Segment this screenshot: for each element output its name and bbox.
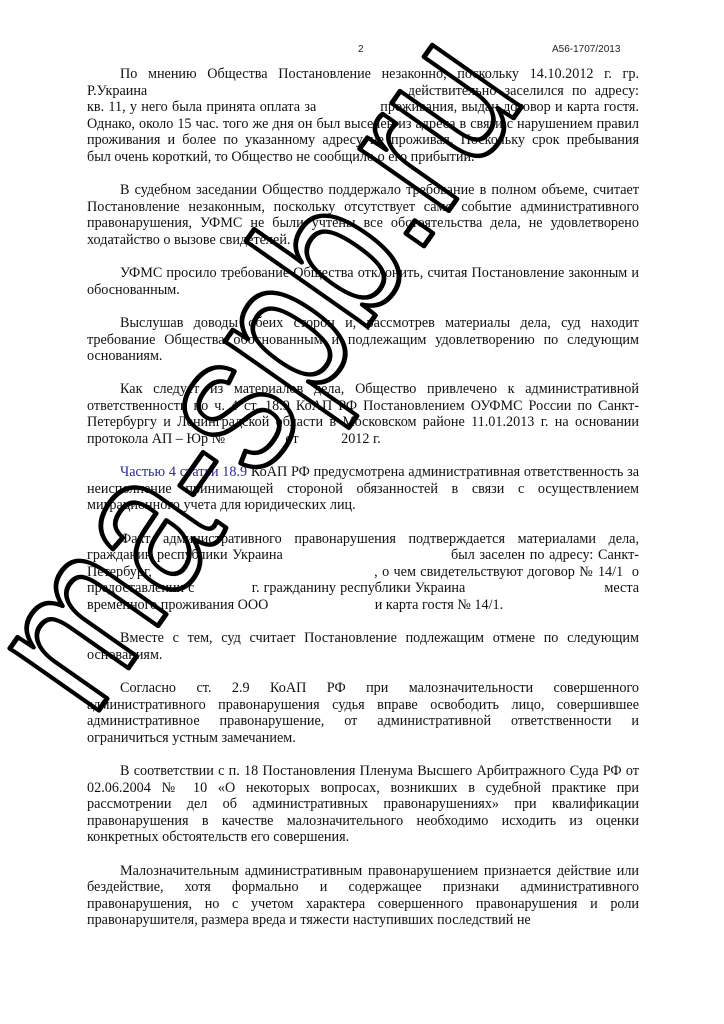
document-body: По мнению Общества Постановление незакон… [87,66,639,945]
paragraph-court-hearing: В судебном заседании Общество поддержало… [87,182,639,248]
paragraph-legal-basis: Частью 4 статьи 18.9 КоАП РФ предусмотре… [87,464,639,514]
paragraph-article-2-9: Согласно ст. 2.9 КоАП РФ при малозначите… [87,680,639,746]
paragraph-ufms-position: УФМС просило требование Общества отклони… [87,265,639,298]
paragraph-violation-fact: Факт административного правонарушения по… [87,531,639,614]
law-article-link[interactable]: Частью 4 статьи 18.9 [120,464,247,480]
paragraph-court-finding: Выслушав доводы обеих сторон и, рассмотр… [87,315,639,365]
case-number: А56-1707/2013 [552,44,620,55]
page-number: 2 [358,44,364,55]
paragraph-plenum-resolution: В соответствии с п. 18 Постановления Пле… [87,763,639,846]
document-page: 2 А56-1707/2013 По мнению Общества Поста… [0,0,724,1024]
paragraph-society-opinion: По мнению Общества Постановление незакон… [87,66,639,166]
paragraph-insignificance: Малозначительным административным правон… [87,863,639,929]
paragraph-annulment: Вместе с тем, суд считает Постановление … [87,630,639,663]
paragraph-case-materials: Как следует из материалов дела, Общество… [87,381,639,447]
